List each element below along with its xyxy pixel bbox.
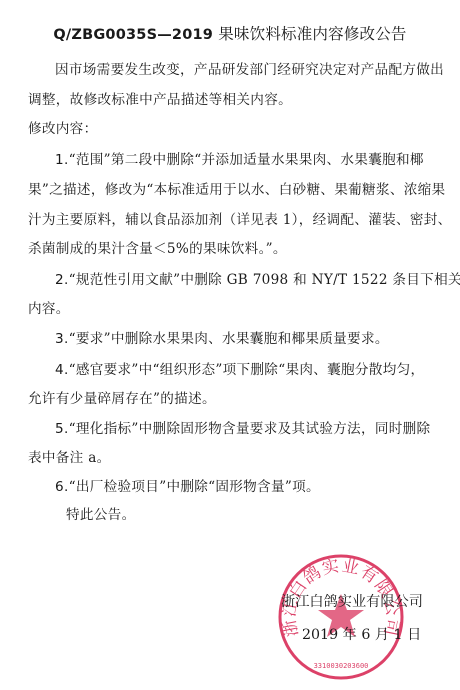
item-1-line-3: 汁为主要原料，辅以食品添加剂（详见表 1），经调配、灌装、密封、 <box>28 208 452 228</box>
section-label: 修改内容： <box>28 117 97 137</box>
item-number: 4. <box>55 362 69 378</box>
item-text: “感官要求”中“组织形态”项下删除“果肉、囊胞分散均匀， <box>69 362 425 378</box>
item-number: 2. <box>55 272 69 288</box>
document-title: Q/ZBG0035S—2019 果味饮料标准内容修改公告 <box>0 22 460 44</box>
item-3-line-1: 3.“要求”中删除水果果肉、水果囊胞和椰果质量要求。 <box>55 327 389 347</box>
company-seal-icon: 浙江白鸽实业有限公司 3310030203600 <box>276 552 406 682</box>
title-text: 果味饮料标准内容修改公告 <box>218 25 406 43</box>
item-1-line-1: 1.“范围”第二段中删除“并添加适量水果果肉、水果囊胞和椰 <box>55 148 424 168</box>
item-1-line-2: 果”之描述，修改为“本标准适用于以水、白砂糖、果葡糖浆、浓缩果 <box>28 178 445 198</box>
item-5-line-2: 表中备注 a。 <box>28 446 111 466</box>
item-2-line-1: 2.“规范性引用文献”中删除 GB 7098 和 NY/T 1522 条目下相关 <box>55 268 460 288</box>
item-text: “规范性引用文献”中删除 GB 7098 和 NY/T 1522 条目下相关 <box>69 272 460 288</box>
item-5-line-1: 5.“理化指标”中删除固形物含量要求及其试验方法，同时删除 <box>55 417 430 437</box>
announcement-page: Q/ZBG0035S—2019 果味饮料标准内容修改公告 因市场需要发生改变，产… <box>0 0 460 690</box>
company-name: 浙江白鸽实业有限公司 <box>281 591 423 611</box>
intro-line-1: 因市场需要发生改变，产品研发部门经研究决定对产品配方做出 <box>55 58 444 78</box>
standard-code: Q/ZBG0035S—2019 <box>53 27 213 43</box>
svg-text:3310030203600: 3310030203600 <box>314 662 369 670</box>
intro-line-2: 调整，故修改标准中产品描述等相关内容。 <box>28 88 292 108</box>
item-2-line-2: 内容。 <box>28 297 70 317</box>
item-text: “出厂检验项目”中删除“固形物含量”项。 <box>69 479 320 495</box>
item-6-line-1: 6.“出厂检验项目”中删除“固形物含量”项。 <box>55 475 320 495</box>
item-number: 3. <box>55 331 69 347</box>
closing-text: 特此公告。 <box>66 503 135 523</box>
item-number: 6. <box>55 479 69 495</box>
item-text: “要求”中删除水果果肉、水果囊胞和椰果质量要求。 <box>69 331 389 347</box>
item-text: “范围”第二段中删除“并添加适量水果果肉、水果囊胞和椰 <box>69 152 424 168</box>
announcement-date: 2019 年 6 月 1 日 <box>302 624 421 644</box>
item-4-line-1: 4.“感官要求”中“组织形态”项下删除“果肉、囊胞分散均匀， <box>55 358 424 378</box>
item-4-line-2: 允许有少量碎屑存在”的描述。 <box>28 387 216 407</box>
item-number: 1. <box>55 152 69 168</box>
item-1-line-4: 杀菌制成的果汁含量＜5%的果味饮料。”。 <box>28 237 287 257</box>
item-number: 5. <box>55 421 69 437</box>
item-text: “理化指标”中删除固形物含量要求及其试验方法，同时删除 <box>69 421 431 437</box>
